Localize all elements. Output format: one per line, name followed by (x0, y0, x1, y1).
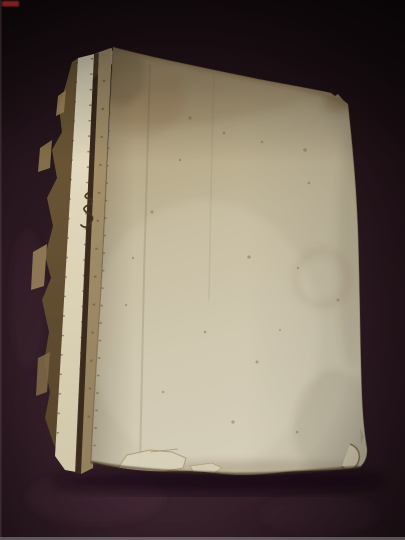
book-photograph (0, 0, 405, 540)
photo-canvas (0, 0, 405, 540)
left-edge-line (0, 0, 2, 540)
corner-vignette (0, 0, 405, 540)
red-mark (2, 1, 19, 7)
